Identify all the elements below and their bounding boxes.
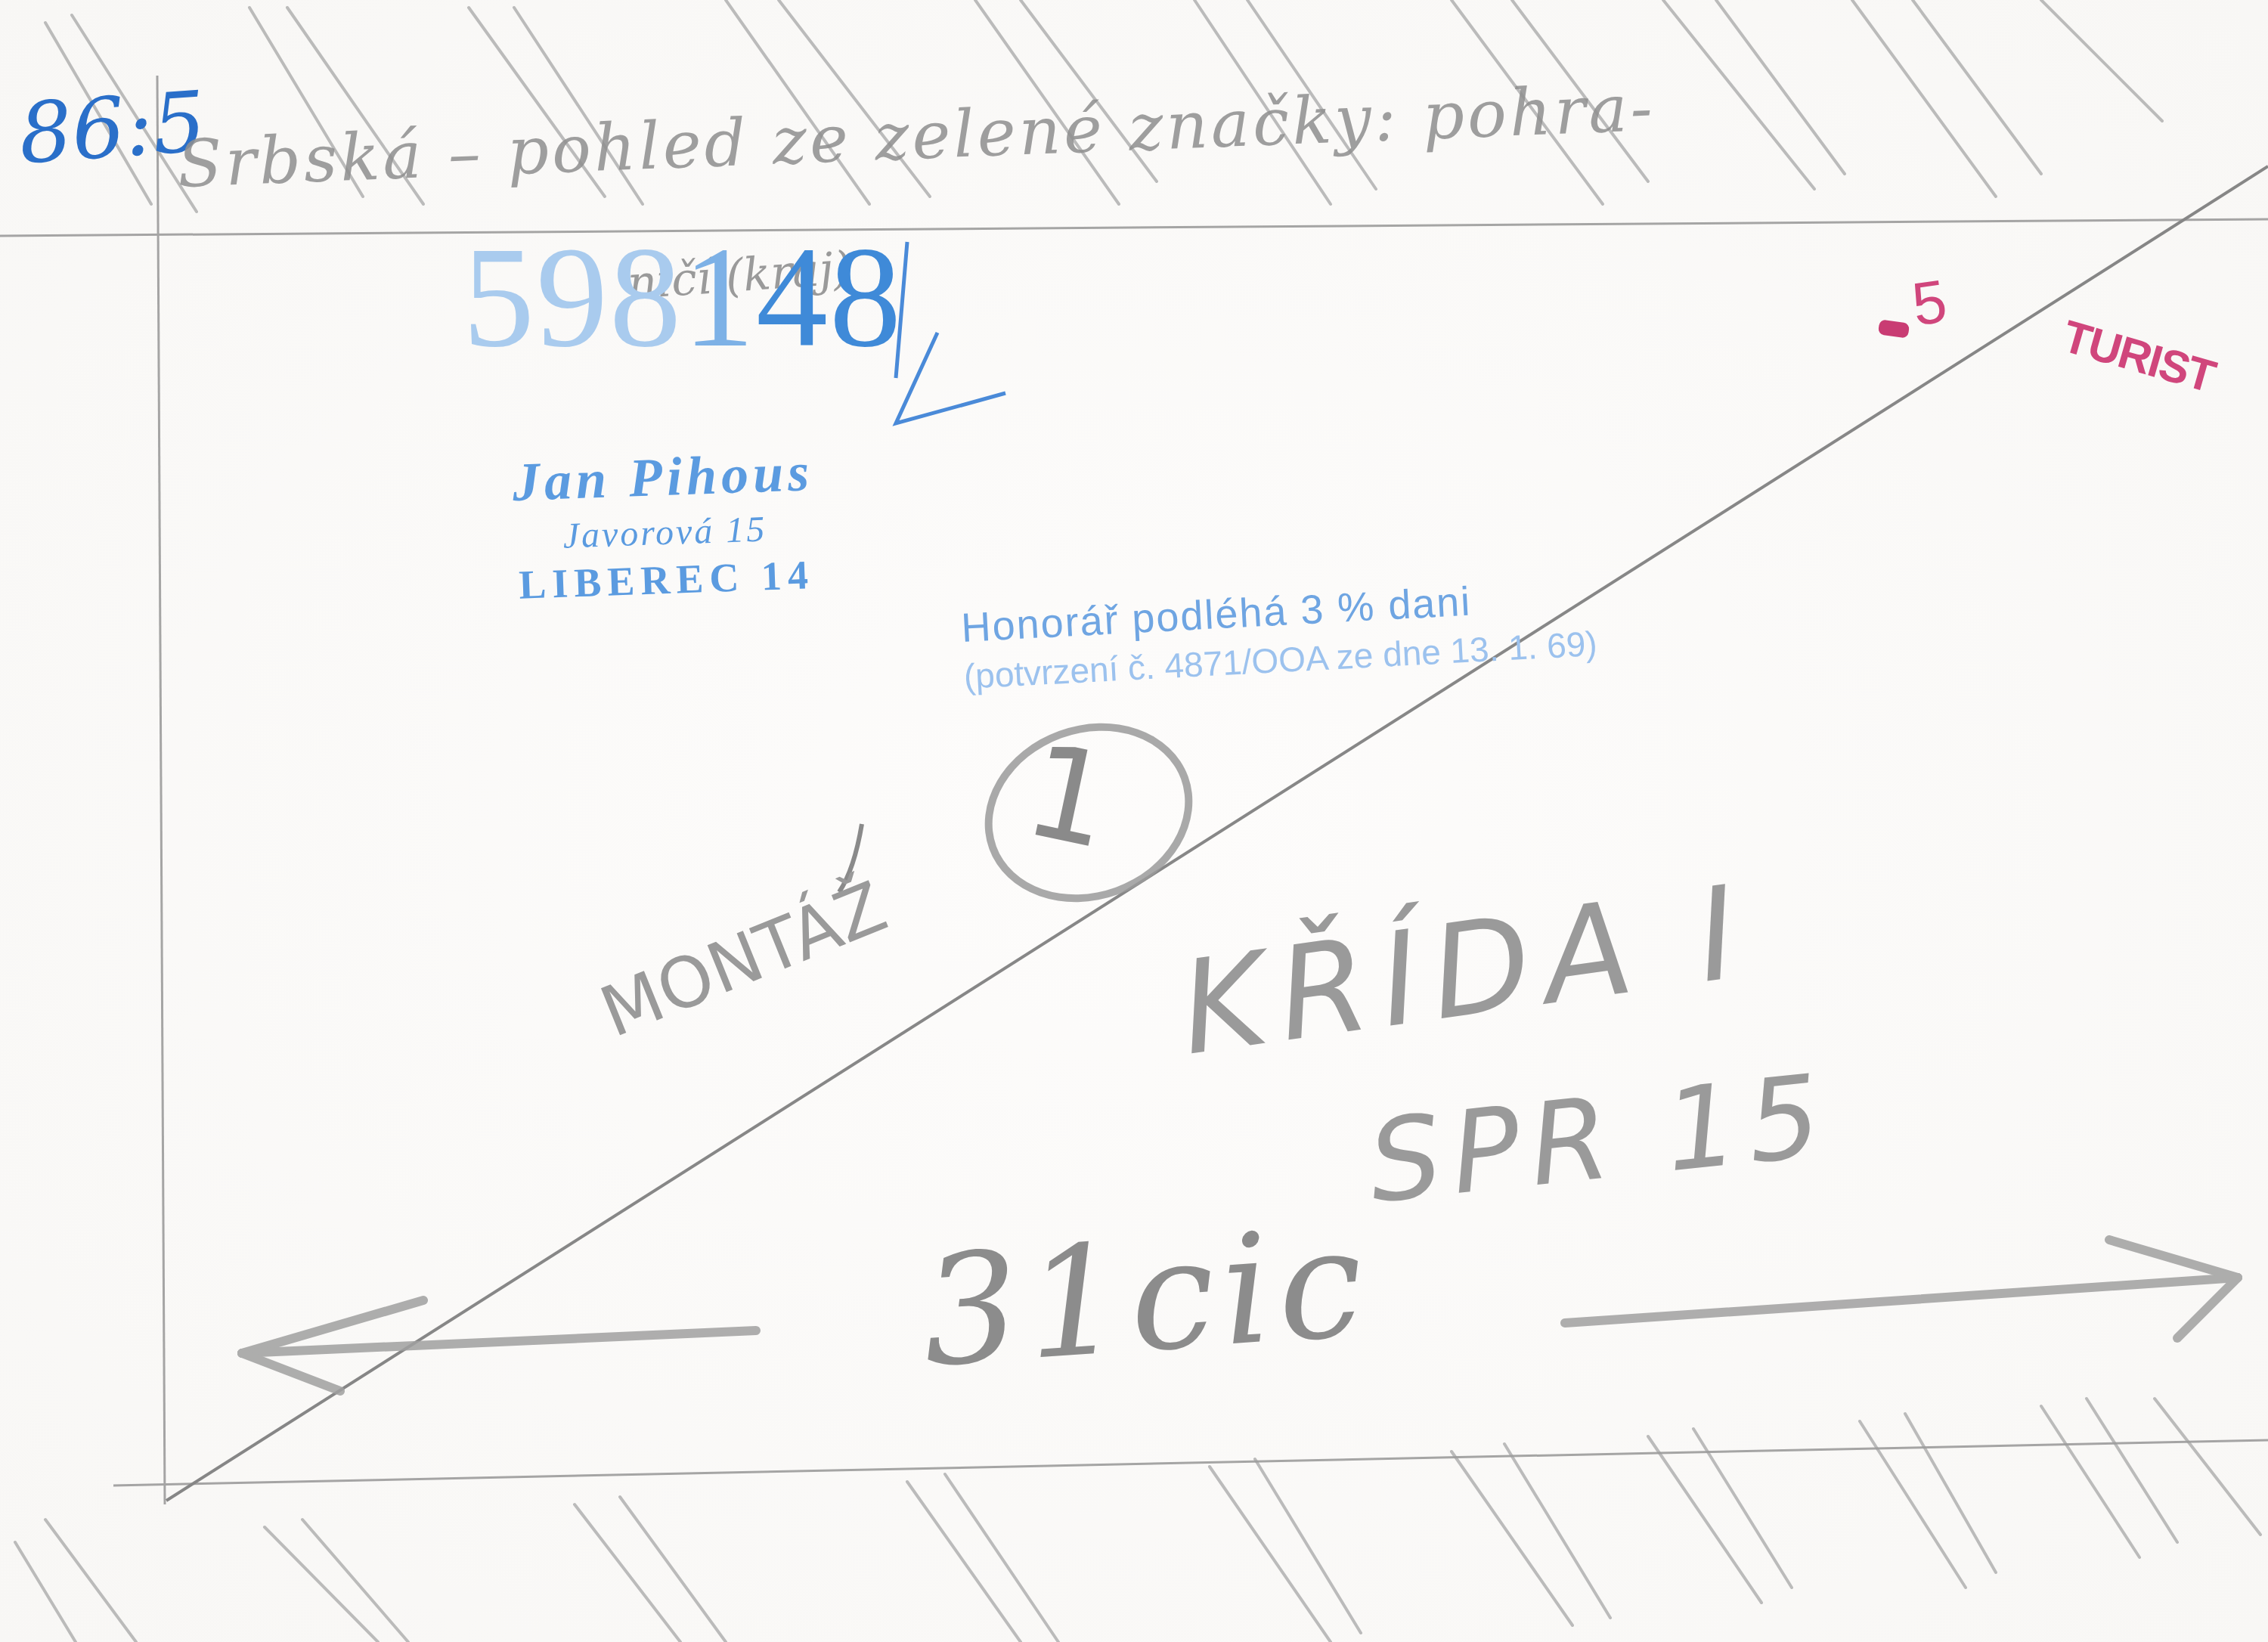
author-name: Jan Pihous — [511, 441, 814, 514]
pencil-width-label: 31cic — [917, 1194, 1376, 1402]
author-address-stamp: Jan Pihous Javorová 15 LIBEREC 14 — [511, 441, 817, 609]
registry-number-part-c: 48 — [756, 218, 903, 377]
registry-number-part-b: 1 — [683, 218, 756, 377]
registry-number-stamp: 598148 — [463, 215, 903, 380]
author-street: Javorová 15 — [514, 507, 816, 559]
registry-number-part-a: 598 — [463, 218, 683, 377]
